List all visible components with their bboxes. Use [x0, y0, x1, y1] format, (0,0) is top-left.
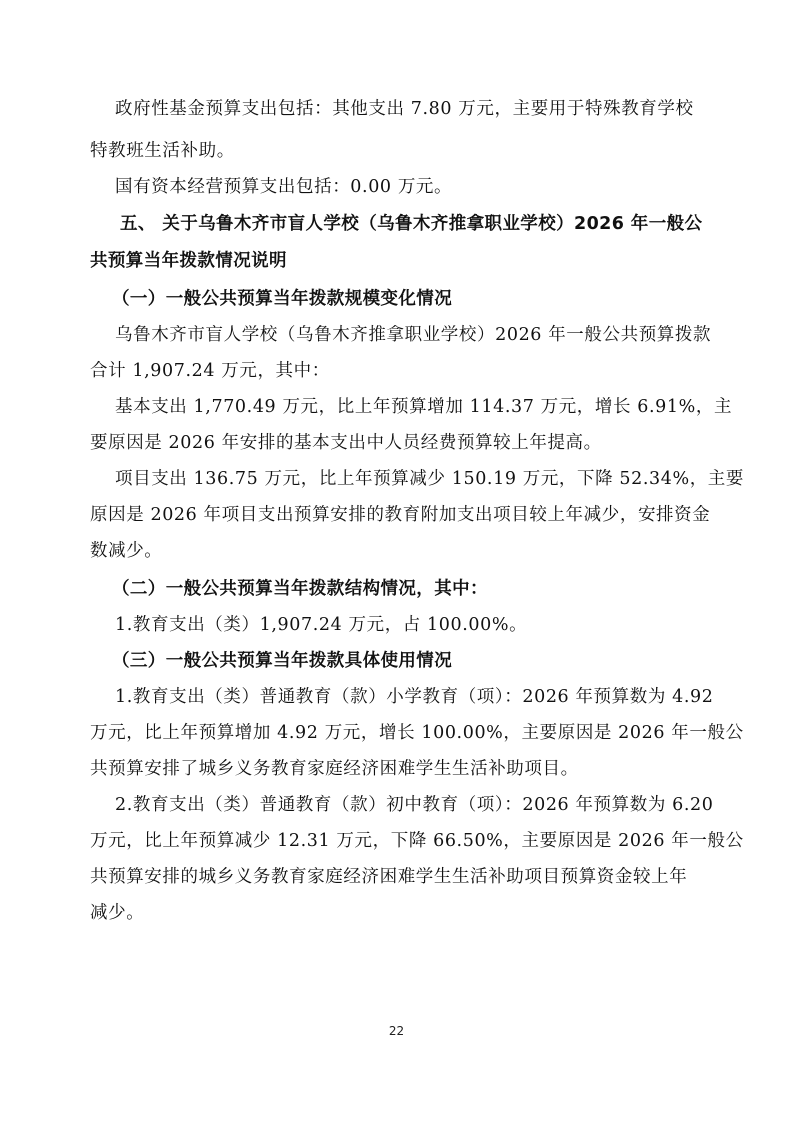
- paragraph-line: 1.教育支出（类）1,907.24 万元，占 100.00%。: [115, 614, 527, 636]
- paragraph-line: 项目支出 136.75 万元，比上年预算减少 150.19 万元，下降 52.3…: [115, 468, 744, 490]
- subsection-heading: （二）一般公共预算当年拨款结构情况，其中：: [112, 578, 488, 600]
- section-heading: 五、 关于乌鲁木齐市盲人学校（乌鲁木齐推拿职业学校）2026 年一般公: [120, 213, 702, 235]
- page-number: 22: [0, 1024, 793, 1038]
- section-heading: 共预算当年拨款情况说明: [90, 250, 287, 272]
- paragraph-line: 数减少。: [90, 540, 162, 562]
- paragraph-line: 2.教育支出（类）普通教育（款）初中教育（项）：2026 年预算数为 6.20: [115, 794, 713, 816]
- paragraph-line: 1.教育支出（类）普通教育（款）小学教育（项）：2026 年预算数为 4.92: [115, 686, 713, 708]
- paragraph-line: 政府性基金预算支出包括：其他支出 7.80 万元，主要用于特殊教育学校: [115, 98, 694, 120]
- paragraph-line: 万元，比上年预算减少 12.31 万元，下降 66.50%，主要原因是 2026…: [90, 830, 744, 852]
- paragraph-line: 乌鲁木齐市盲人学校（乌鲁木齐推拿职业学校）2026 年一般公共预算拨款: [115, 324, 711, 346]
- paragraph-line: 合计 1,907.24 万元，其中：: [90, 360, 330, 382]
- paragraph-line: 特教班生活补助。: [90, 140, 235, 162]
- paragraph-line: 国有资本经营预算支出包括：0.00 万元。: [115, 176, 452, 198]
- subsection-heading: （三）一般公共预算当年拨款具体使用情况: [112, 650, 452, 672]
- paragraph-line: 减少。: [90, 902, 144, 924]
- paragraph-line: 要原因是 2026 年安排的基本支出中人员经费预算较上年提高。: [90, 432, 602, 454]
- paragraph-line: 基本支出 1,770.49 万元，比上年预算增加 114.37 万元，增长 6.…: [115, 396, 732, 418]
- document-page: 政府性基金预算支出包括：其他支出 7.80 万元，主要用于特殊教育学校 特教班生…: [0, 0, 793, 1122]
- subsection-heading: （一）一般公共预算当年拨款规模变化情况: [112, 288, 452, 310]
- paragraph-line: 共预算安排的城乡义务教育家庭经济困难学生生活补助项目预算资金较上年: [90, 866, 687, 888]
- paragraph-line: 共预算安排了城乡义务教育家庭经济困难学生生活补助项目。: [90, 758, 579, 780]
- paragraph-line: 万元，比上年预算增加 4.92 万元，增长 100.00%，主要原因是 2026…: [90, 722, 744, 744]
- paragraph-line: 原因是 2026 年项目支出预算安排的教育附加支出项目较上年减少，安排资金: [90, 504, 710, 526]
